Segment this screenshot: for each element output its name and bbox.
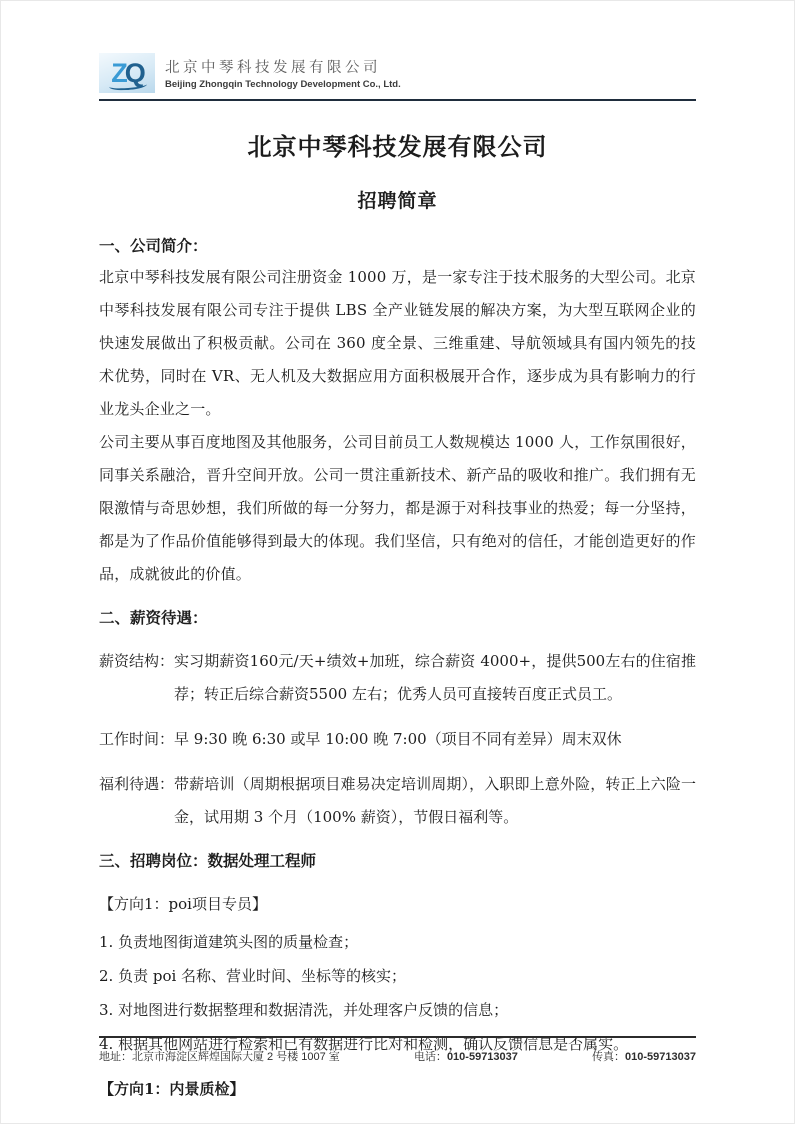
section-3-heading: 三、招聘岗位：数据处理工程师 [99,846,696,876]
work-time-row: 工作时间： 早 9:30 晚 6:30 或早 10:00 晚 7:00（项目不同… [99,723,696,756]
direction-1-heading: 【方向1：poi项目专员】 [99,888,696,921]
section-2-heading: 二、薪资待遇： [99,603,696,633]
page-footer: 地址：北京市海淀区辉煌国际大厦 2 号楼 1007 室 电话：010-59713… [99,1036,696,1064]
letterhead-company-name-cn: 北京中琴科技发展有限公司 [165,56,401,77]
footer-address-label: 地址： [99,1051,132,1063]
salary-structure-row: 薪资结构： 实习期薪资160元/天+绩效+加班，综合薪资 4000+，提供500… [99,645,696,711]
direction-2-heading: 【方向1：内景质检】 [99,1073,696,1106]
company-intro-paragraph-1: 北京中琴科技发展有限公司注册资金 1000 万，是一家专注于技术服务的大型公司。… [99,261,696,426]
work-time-label: 工作时间： [99,723,174,756]
welfare-row: 福利待遇： 带薪培训（周期根据项目难易决定培训周期），入职即上意外险，转正上六险… [99,768,696,834]
document-subtitle: 招聘简章 [99,186,696,213]
footer-phone-value: 010-59713037 [447,1051,518,1063]
welfare-text: 带薪培训（周期根据项目难易决定培训周期），入职即上意外险，转正上六险一金，试用期… [174,768,696,834]
company-logo-icon: Z Q [99,53,155,93]
duty-item-3: 3. 对地图进行数据整理和数据清洗，并处理客户反馈的信息； [99,993,696,1027]
footer-address-value: 北京市海淀区辉煌国际大厦 2 号楼 1007 室 [132,1051,340,1063]
document-body: 一、公司简介： 北京中琴科技发展有限公司注册资金 1000 万，是一家专注于技术… [99,231,696,1106]
footer-fax-label: 传真： [592,1051,625,1063]
salary-structure-label: 薪资结构： [99,645,174,678]
footer-fax: 传真：010-59713037 [592,1048,696,1064]
company-intro-paragraph-2: 公司主要从事百度地图及其他服务，公司目前员工人数规模达 1000 人，工作氛围很… [99,426,696,591]
salary-structure-text: 实习期薪资160元/天+绩效+加班，综合薪资 4000+，提供500左右的住宿推… [174,645,696,711]
document-title: 北京中琴科技发展有限公司 [99,127,696,162]
letterhead-names: 北京中琴科技发展有限公司 Beijing Zhongqin Technology… [165,56,401,90]
letterhead: Z Q 北京中琴科技发展有限公司 Beijing Zhongqin Techno… [99,53,696,101]
footer-phone: 电话：010-59713037 [414,1048,518,1064]
footer-address: 地址：北京市海淀区辉煌国际大厦 2 号楼 1007 室 [99,1048,340,1064]
letterhead-company-name-en: Beijing Zhongqin Technology Development … [165,79,401,90]
footer-fax-value: 010-59713037 [625,1051,696,1063]
work-time-text: 早 9:30 晚 6:30 或早 10:00 晚 7:00（项目不同有差异）周末… [174,723,696,756]
duty-item-2: 2. 负责 poi 名称、营业时间、坐标等的核实； [99,959,696,993]
section-1-heading: 一、公司简介： [99,231,696,261]
duty-item-1: 1. 负责地图街道建筑头图的质量检查； [99,925,696,959]
welfare-label: 福利待遇： [99,768,174,801]
footer-phone-label: 电话： [414,1051,447,1063]
document-page: Z Q 北京中琴科技发展有限公司 Beijing Zhongqin Techno… [0,0,795,1124]
